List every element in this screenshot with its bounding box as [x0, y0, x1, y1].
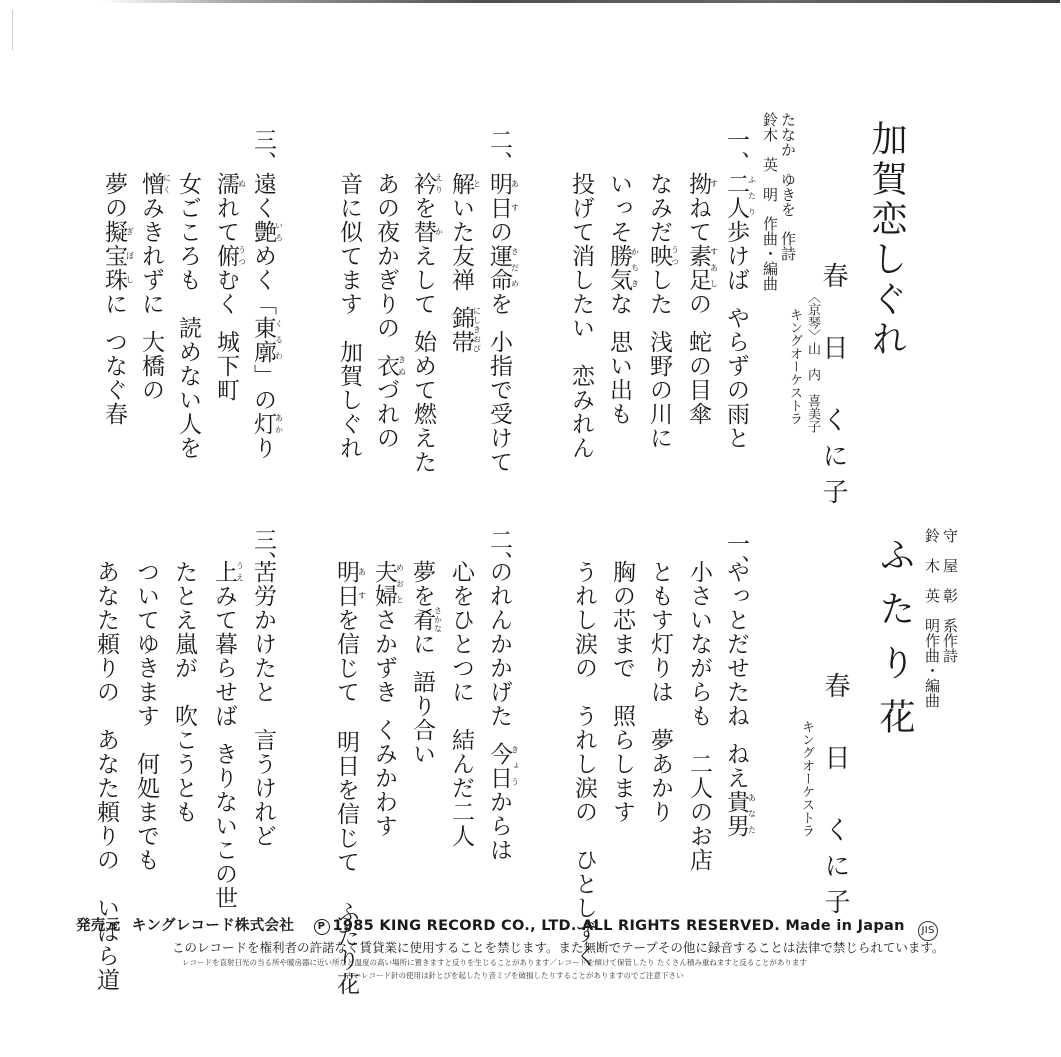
artist-name: 春 日 くに子	[822, 672, 848, 924]
lyric-line: 女ごころも 読めない人を	[176, 172, 199, 460]
artist-name: 春 日 くに子	[820, 262, 846, 514]
song-title: 加賀恋しぐれ	[868, 120, 904, 360]
song-title: ふたり花	[876, 536, 912, 752]
scan-edge-top	[100, 0, 1060, 3]
verse-marker: 二、	[487, 128, 510, 174]
verse-marker: 三、	[251, 128, 274, 174]
lyric-line: なみだ映うつした浅野の川に	[647, 172, 679, 450]
verse-marker: 一、	[724, 128, 747, 174]
lyric-line: 解といた友禅錦帯にしきおび	[449, 172, 481, 354]
distributor-name: キングレコード株式会社	[132, 918, 294, 934]
lyric-line: 胸の芯まで 照らします	[610, 560, 633, 824]
care-notice: レコードを直射日光の当る所や暖房器に近い所など温度の高い場所に置きますと反りを生…	[182, 957, 807, 968]
lyric-line: たとえ嵐が 吹こうとも	[172, 560, 195, 824]
lyric-line: 投げて消したい 恋みれん	[569, 172, 592, 460]
lyric-line: 苦労かけたと 言うけれど	[251, 560, 274, 848]
needle-notice: 古いレコード針の使用は針とびを起したり音ミゾを破損したりすることがありますのでご…	[346, 970, 684, 981]
distributor-label: 発売元	[76, 918, 120, 934]
composer-credit: 鈴 木 英 明作曲・編曲	[924, 528, 939, 708]
lyric-line: あの夜かぎりの衣きぬづれの	[374, 172, 406, 450]
lyric-line: 濡ぬれて俯うつむく城下町	[214, 172, 246, 402]
lyricist-credit: 守 屋 彰 系作詩	[942, 528, 957, 663]
accompaniment-orchestra: キングオーケストラ	[788, 308, 801, 425]
lyric-line: ともす灯りは 夢あかり	[648, 560, 671, 824]
lyric-line: 上うえみて暮らせばきりないこの世	[212, 560, 244, 910]
composer-name: 鈴 木 英 明	[923, 528, 941, 633]
composer-role: 作曲・編曲	[923, 633, 941, 708]
lyric-line: 明日あすの運命さだめを小指で受けて	[487, 172, 519, 474]
lyric-line: 遠く艶いろめく「東廓くるわ」の灯あかり	[251, 172, 283, 460]
lyric-line: 音に似てます 加賀しぐれ	[337, 172, 360, 460]
lyric-line: 衿えりを替かえして始めて燃えた	[411, 172, 443, 474]
lyric-line: 二人ふたり歩けばやらずの雨と	[724, 172, 756, 450]
lyric-line: 憎にくみきれずに大橋の	[139, 172, 171, 402]
composer-credit: 鈴木 英 明作曲・編曲	[762, 112, 777, 291]
copyright-text: 1985 KING RECORD CO., LTD. ALL RIGHTS RE…	[333, 918, 905, 934]
lyric-line: やっとだせたねねえ貴男あなた	[724, 560, 756, 838]
lyric-line: 小さいながらも 二人のお店	[687, 560, 710, 872]
lyricist-name: 守 屋 彰 系	[941, 528, 959, 633]
ruby: 二人ふたり	[723, 172, 749, 220]
lyric-line: ついてゆきます 何処までも	[134, 560, 157, 872]
lyric-line: 心をひとつに 結んだ二人	[449, 560, 472, 848]
lyric-line: いっそ勝気かちきな思い出も	[607, 172, 639, 426]
rental-notice: このレコードを権利者の許諾なく賃貸業に使用することを禁じます。また無断でテープそ…	[172, 938, 944, 956]
lyricist-role: 作詩	[779, 231, 797, 261]
lyricist-name: たなか ゆきを	[779, 112, 797, 217]
lyric-line: うれし涙の うれし涙の ひとしずく	[572, 560, 595, 968]
lyric-line: のれんかかげた今日きょうからは	[487, 560, 519, 862]
accompaniment-koto: 〈京琴〉山 内 喜美子	[806, 290, 819, 433]
lyric-line: 夢を肴さかなに語り合い	[410, 560, 442, 766]
lyric-line: 夢の擬宝珠ぎぼしにつなぐ春	[102, 172, 134, 426]
lyric-line: 夫婦めおとさかずきくみかわす	[372, 560, 404, 838]
composer-role: 作曲・編曲	[761, 216, 779, 291]
phonogram-copyright-icon: P	[314, 919, 330, 935]
lyricist-role: 作詩	[941, 633, 959, 663]
composer-name: 鈴木 英 明	[761, 112, 779, 202]
lyricist-credit: たなか ゆきを作詩	[780, 112, 795, 261]
copyright-line: 発売元 キングレコード株式会社 P1985 KING RECORD CO., L…	[76, 914, 938, 941]
accompaniment-orchestra: キングオーケストラ	[800, 720, 813, 837]
lyric-line: 拗すねて素足すあしの蛇の目傘	[686, 172, 718, 426]
scan-edge-left	[12, 10, 13, 50]
